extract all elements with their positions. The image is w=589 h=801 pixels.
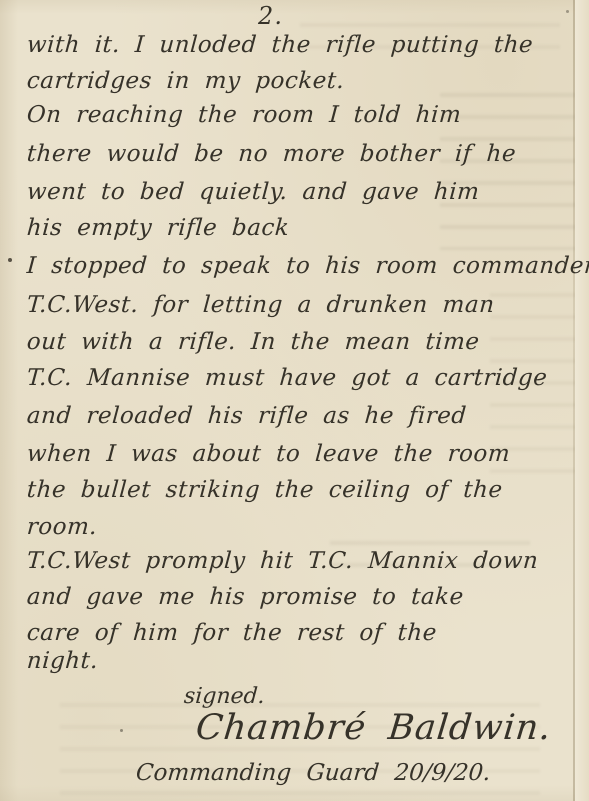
handwritten-line: T.C.West. for letting a drunken man [26, 292, 495, 318]
handwritten-line: out with a rifle. In the mean time [26, 329, 480, 355]
handwritten-line: T.C. Mannise must have got a cartridge [26, 365, 548, 391]
signature-role-date: Commanding Guard 20/9/20. [135, 760, 492, 786]
handwritten-line: when I was about to leave the room [26, 441, 511, 467]
page-edge-margin [575, 0, 589, 801]
handwritten-line: On reaching the room I told him [26, 102, 462, 128]
handwritten-line: cartridges in my pocket. [26, 68, 345, 94]
handwritten-line: and reloaded his rifle as he fired [26, 403, 467, 429]
handwritten-line: I stopped to speak to his room commander [26, 253, 589, 279]
handwritten-line: night. [26, 648, 99, 674]
handwritten-line: his empty rifle back [26, 215, 290, 241]
page-number: 2. [0, 2, 565, 30]
ink-speck [120, 729, 123, 732]
handwritten-line: room. [26, 514, 98, 540]
handwritten-report-page: 2. with it. I unloded the rifle putting … [0, 0, 589, 801]
ink-speck [566, 10, 569, 13]
signature: Chambré Baldwin. [194, 708, 554, 748]
handwritten-line: care of him for the rest of the [26, 620, 438, 646]
handwritten-line: there would be no more bother if he [26, 141, 517, 167]
handwritten-line: and gave me his promise to take [26, 584, 465, 610]
ink-speck [8, 258, 12, 262]
handwritten-line: the bullet striking the ceiling of the [26, 477, 503, 503]
signed-label: signed. [183, 684, 265, 709]
handwritten-line: with it. I unloded the rifle putting the [26, 32, 534, 58]
handwritten-line: T.C.West promply hit T.C. Mannix down [26, 548, 539, 574]
handwritten-line: went to bed quietly. and gave him [26, 179, 480, 205]
